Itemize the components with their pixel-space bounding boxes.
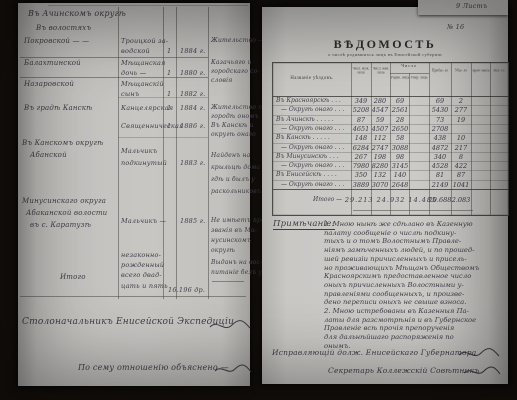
signature-flourish [457, 346, 501, 362]
cell-value: 2561 [392, 106, 409, 114]
table-rule [176, 7, 177, 299]
statistics-table: Названіе уѣздовъ. Число Числ. муж. пола … [272, 62, 509, 216]
signature-flourish [462, 364, 502, 380]
table-row: — Округѣ онаго . . . 3889 3070 2648 2149… [273, 180, 508, 189]
left-page: Въ Ачинскомъ округѣ Въ волостяхъ Покровс… [18, 3, 250, 386]
district-label: — Округѣ онаго . . . [281, 162, 344, 169]
note-cell: Жительство — [211, 37, 264, 44]
year-cell: 1882 г. [180, 90, 205, 98]
table-rule [20, 296, 246, 297]
signature-line: По сему отношенію объяснено — [78, 363, 229, 372]
place-cell: Абанской [30, 151, 67, 159]
note-cell: словія [211, 77, 232, 84]
signature-flourish [208, 319, 252, 333]
group-header: Число [401, 64, 417, 69]
corner-page-edge: 9 Листъ [418, 0, 508, 15]
signature-flourish [213, 363, 253, 377]
year-cell: 1886 г. [180, 122, 205, 130]
note-line: Красноярскимъ предоставленное число [324, 272, 479, 281]
table-rule [20, 57, 208, 58]
cell-value: 3088 [392, 144, 409, 152]
place-cell: Покровской — — [24, 37, 89, 45]
district-label: Въ Ачинскѣ . . . . . [276, 116, 334, 123]
note-cell: Не имѣетъ про- [211, 217, 267, 224]
note-cell: городскаго со- [211, 68, 260, 75]
group-rule [390, 73, 429, 74]
note-line: для дальнѣйшаго распоряженія по [324, 333, 479, 342]
person-cell: сынъ [121, 90, 139, 98]
cell-value: 349 [355, 97, 367, 105]
table-rule [20, 77, 208, 78]
cell-value: 59 [376, 116, 384, 124]
district-label: — Округѣ онаго . . . [281, 125, 344, 132]
year-cell: 1880 г. [180, 69, 205, 77]
district-label: — Округѣ онаго . . . [281, 144, 344, 151]
page-title: ВѢДОМОСТЬ [262, 37, 508, 52]
person-cell: Канцелярская [121, 104, 173, 112]
cell-value: 1041 [453, 181, 470, 189]
totals-underline [353, 210, 473, 211]
cell-value: 4547 [372, 106, 389, 114]
district-label: Въ Красноярскѣ . . . [276, 97, 341, 104]
cell-value: 69 [396, 97, 404, 105]
cell-value: 2 [459, 97, 463, 105]
column-header: Все- го [488, 69, 510, 73]
note-cell: Казачьяго и [211, 59, 252, 66]
total-text: цать и пять [121, 282, 168, 290]
table-rule [118, 7, 119, 299]
cell-value: 87 [357, 116, 365, 124]
cell-value: 10 [457, 134, 465, 142]
cell-value: 3070 [372, 181, 389, 189]
cell-value: 73 [436, 116, 444, 124]
cell-value: 140 [394, 171, 406, 179]
cell-value: 217 [455, 144, 467, 152]
table-rule [208, 7, 209, 299]
person-cell: Мальчикъ [121, 147, 157, 155]
cell-value: 148 [355, 134, 367, 142]
count-cell: 1 [167, 69, 171, 77]
note-cell: округѣ [211, 247, 235, 254]
column-header: Прибы- ло [429, 69, 451, 73]
note-cell: раскольниковъ [211, 188, 261, 195]
note-cell: Найденъ на [211, 152, 250, 159]
place-cell: въ с. Каратузѣ [30, 221, 91, 229]
place-cell: Назаровской [24, 80, 74, 88]
cell-value: 69 [436, 97, 444, 105]
column-header: Числ. жен. пола [370, 67, 392, 75]
right-page: № 16 ВѢДОМОСТЬ о числѣ родившихся лицъ в… [262, 7, 508, 384]
cell-value: 4507 [372, 125, 389, 133]
total-text: всего двад- [121, 271, 162, 279]
cell-value: 340 [434, 153, 446, 161]
cell-value: 7980 [353, 162, 370, 170]
totals-row: Итого — 29.213 24.932 14.485 20.688 2.08… [273, 195, 508, 204]
totals-value: 2.083 [452, 196, 471, 204]
note-cell: округѣ онаго [211, 131, 256, 138]
person-cell: подкинутый [121, 159, 167, 167]
note-cell: Выданъ на вос- [211, 259, 262, 266]
person-cell: незаконно- [121, 251, 161, 259]
cell-value: 2149 [432, 181, 449, 189]
cell-value: 4872 [432, 144, 449, 152]
note-cell: городѣ ономъ [211, 113, 259, 120]
photo-canvas: Въ Ачинскомъ округѣ Въ волостяхъ Покровс… [0, 0, 517, 400]
cell-value: 81 [436, 171, 444, 179]
cell-value: 5208 [353, 106, 370, 114]
note-line: латы для разсмотрѣнія и въ Губернское [324, 316, 479, 325]
cell-value: 277 [455, 106, 467, 114]
column-header: Числ. муж. пола [350, 67, 372, 75]
cell-value: 112 [374, 134, 386, 142]
year-cell: 1885 г. [180, 217, 205, 225]
note-cell: Въ Канскѣ и [211, 122, 254, 129]
district-label: — Округѣ онаго . . . [281, 181, 344, 188]
district-label: — Округѣ онаго . . . [281, 106, 344, 113]
note-line: но проживающихъ Мѣщанъ Обществомъ [324, 264, 479, 273]
totals-main: 29.213 24.932 14.485 [345, 196, 437, 204]
cell-value: 438 [434, 134, 446, 142]
cell-value: 3145 [392, 162, 409, 170]
count-cell: 1 [167, 90, 171, 98]
page-subtitle: о числѣ родившихся лицъ въ Енисейской гу… [273, 53, 498, 58]
person-cell: водской [121, 47, 150, 55]
place-cell: Въ градѣ Канскѣ [24, 104, 93, 112]
cell-value: 267 [355, 153, 367, 161]
page-edge-rule [48, 5, 248, 6]
note-block: 1. Мною нынѣ же сдѣлано въ Казенную пала… [324, 220, 479, 351]
note-cell: гдѣ и былъ у [211, 176, 255, 183]
note-line: ніямъ замѣченныхъ людей, и по прошед- [324, 246, 479, 255]
table-row: — Округѣ онаго . . . 5208 4547 2561 5430… [273, 105, 508, 114]
total-dash-rule [212, 281, 244, 282]
totals-value: 20.688 [429, 196, 452, 204]
cell-value: 19 [457, 116, 465, 124]
note-line: палату сообщеніе о числѣ подкину- [324, 229, 479, 238]
person-cell: Священническая [121, 122, 184, 130]
column-header: Умер. лицъ [408, 76, 430, 80]
note-cell: крыльцѣ дома [211, 164, 260, 171]
cell-value: 132 [374, 171, 386, 179]
cell-value: 98 [396, 153, 404, 161]
cell-value: 58 [396, 134, 404, 142]
table-row: Въ Канскѣ . . . . . 148 112 58 438 10 [273, 133, 508, 142]
district-label: Въ Канскѣ . . . . . [276, 134, 330, 141]
cell-value: 28 [396, 116, 404, 124]
note-line: шей ревизіи причисленныхъ и присель- [324, 255, 479, 264]
cell-value: 422 [455, 162, 467, 170]
table-row: — Округѣ онаго . . . 6284 2747 3088 4872… [273, 143, 508, 152]
count-cell: 1 [167, 47, 171, 55]
note-line: 1. Мною нынѣ же сдѣлано въ Казенную [324, 220, 479, 229]
person-cell: Мѣщанскій [121, 80, 164, 88]
cell-value: 198 [374, 153, 386, 161]
year-cell: 1883 г. [180, 159, 205, 167]
totals-label: Итого — [313, 196, 342, 203]
place-cell: Абаканской волости [26, 209, 107, 217]
table-row: Въ Ачинскѣ . . . . . 87 59 28 73 19 [273, 115, 508, 124]
signature-line: Секретарь Коллежскій Совѣтникъ [328, 366, 479, 375]
cell-value: 3889 [353, 181, 370, 189]
note-line: правленіями сообщенныхъ, и произве- [324, 290, 479, 299]
note-line: Правленіе всѣ прочія препорученія [324, 324, 479, 333]
district-label: Въ Минусинскѣ . . . [276, 153, 339, 160]
total-label: Итого [60, 273, 86, 281]
cell-value: 4651 [353, 125, 370, 133]
year-cell: 1884 г. [180, 104, 205, 112]
district-label: Въ Енисейскѣ . . . . [276, 171, 337, 178]
note-line: дено переписи оныхъ не свыше взноса. [324, 298, 479, 307]
note-line: 2. Мною истребованы въ Казенныя Па- [324, 307, 479, 316]
cell-value: 2650 [392, 125, 409, 133]
person-cell: дочь — [121, 69, 146, 77]
table-row: — Округѣ онаго . . . 7980 8280 3145 4528… [273, 161, 508, 170]
section-heading: Въ Ачинскомъ округѣ [28, 9, 126, 18]
count-cell: 1 [167, 104, 171, 112]
section-subheading: Въ волостяхъ [36, 24, 91, 32]
cell-value: 2747 [372, 144, 389, 152]
cell-value: 350 [355, 171, 367, 179]
cell-value: 280 [374, 97, 386, 105]
signature-line: Исправляющій долж. Енисейскаго Губернато… [272, 348, 476, 357]
table-rule [118, 137, 208, 138]
count-cell: 1 [167, 122, 171, 130]
person-cell: Мальчикъ — [121, 217, 166, 225]
table-row: — Округѣ онаго . . . 4651 4507 2650 2708 [273, 124, 508, 133]
form-number: № 16 [447, 23, 464, 31]
table-rule [163, 7, 164, 299]
cell-value: 2648 [392, 181, 409, 189]
year-cell: 1884 г. [180, 47, 205, 55]
note-cell: нусинскомъ [211, 237, 251, 244]
cell-value: 8 [459, 153, 463, 161]
signature-line: Столоначальникъ Енисейской Экспедиціи [22, 317, 234, 327]
cell-value: 6284 [353, 144, 370, 152]
table-row: Въ Минусинскѣ . . . 267 198 98 340 8 [273, 152, 508, 161]
cell-value: 5430 [432, 106, 449, 114]
cell-value: 4528 [432, 162, 449, 170]
folio-number: 9 Листъ [456, 2, 487, 10]
note-line: тыхъ и о томъ Волостнымъ Правле- [324, 237, 479, 246]
cell-value: 8280 [372, 162, 389, 170]
note-cell: званія въ Ми- [211, 227, 257, 234]
totals-rule [273, 189, 508, 190]
column-header: Убы- ло [450, 69, 472, 73]
person-cell: Мѣщанская [121, 59, 166, 67]
table-row: Въ Енисейскѣ . . . . 350 132 140 81 87 [273, 170, 508, 179]
note-line: оныхъ причисленныхъ Волостными у- [324, 281, 479, 290]
place-cell: Въ Канскомъ округѣ [22, 139, 104, 147]
cell-value: 87 [457, 171, 465, 179]
place-cell: Минусинскаго округа [22, 197, 106, 205]
place-cell: Балахтинской [24, 59, 81, 67]
person-cell: Троицкой за- [121, 37, 168, 45]
table-row: Въ Красноярскѣ . . . 349 280 69 69 2 [273, 96, 508, 105]
column-header: Названіе уѣздовъ. [281, 76, 343, 81]
cell-value: 2708 [432, 125, 449, 133]
total-sum: 16.196 др. [168, 286, 205, 294]
person-cell: рожденный [121, 261, 164, 269]
